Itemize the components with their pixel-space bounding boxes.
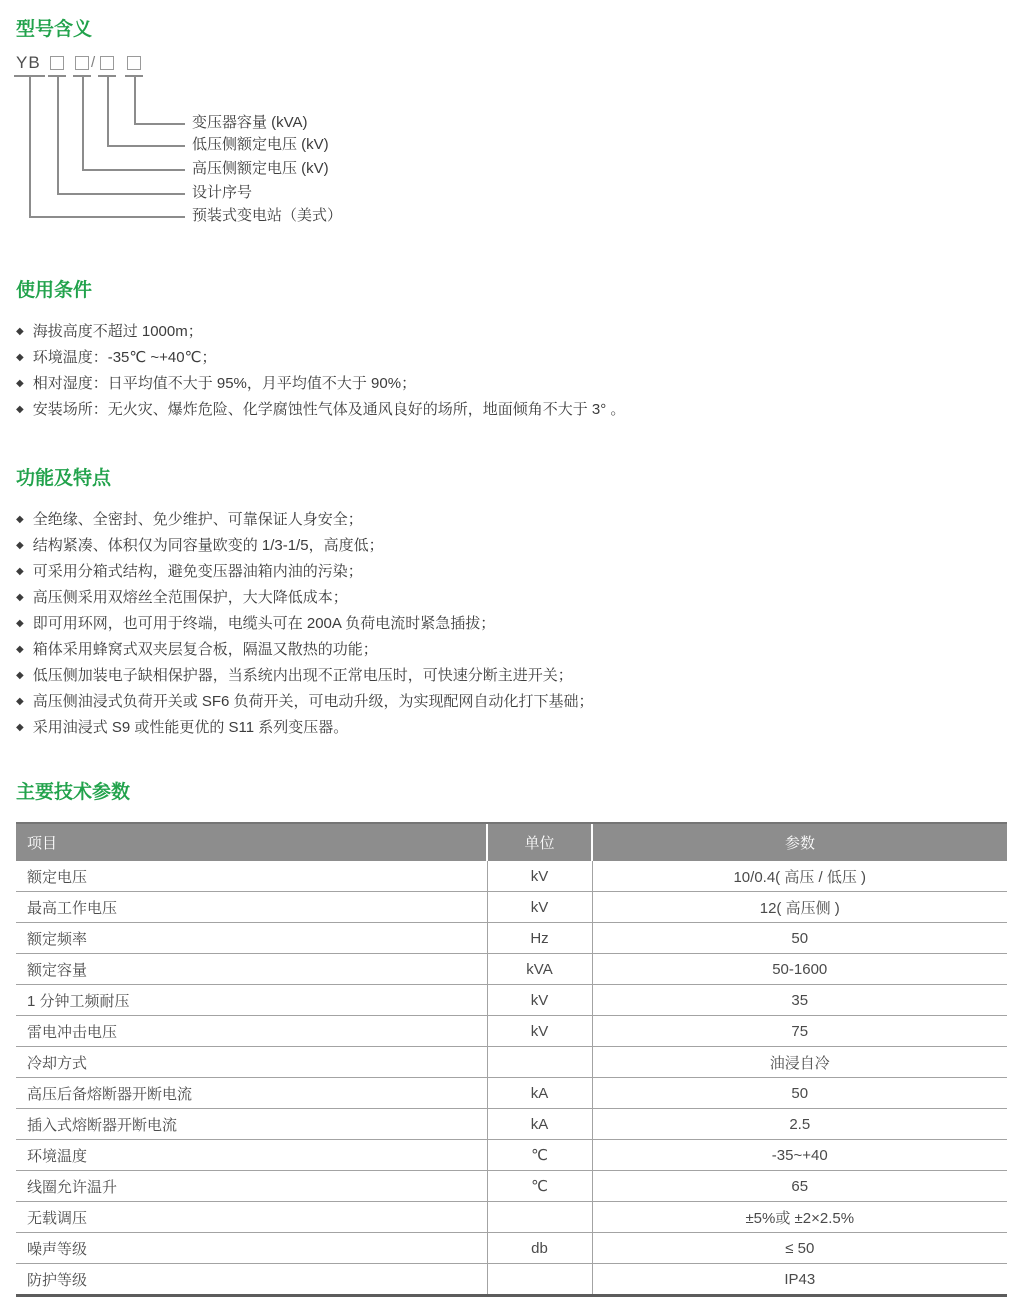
column-header-item: 项目 (16, 823, 487, 861)
table-header-row: 项目 单位 参数 (16, 823, 1007, 861)
connector-line (134, 77, 136, 123)
param-value: 油浸自冷 (592, 1047, 1007, 1078)
param-name: 防护等级 (16, 1264, 487, 1296)
model-code-diagram: YB / 变压器容量 (kVA) 低压侧额定电压 (kV) 高压侧额定电压 (k… (16, 54, 1008, 236)
column-header-unit: 单位 (487, 823, 592, 861)
list-item: ◆ 高压侧采用双熔丝全范围保护，大大降低成本； (16, 585, 1008, 611)
param-value: 65 (592, 1171, 1007, 1202)
bullet-text: 结构紧凑、体积仅为同容量欧变的 1/3-1/5，高度低； (33, 533, 384, 559)
list-item: ◆ 可采用分箱式结构，避免变压器油箱内油的污染； (16, 559, 1008, 585)
column-header-value: 参数 (592, 823, 1007, 861)
bullet-text: 海拔高度不超过 1000m； (33, 319, 203, 345)
table-row: 插入式熔断器开断电流 kA 2.5 (16, 1109, 1007, 1140)
features-list: ◆ 全绝缘、全密封、免少维护、可靠保证人身安全； ◆ 结构紧凑、体积仅为同容量欧… (16, 507, 1008, 741)
diamond-bullet-icon: ◆ (16, 715, 24, 741)
connector-line (107, 77, 109, 145)
list-item: ◆ 环境温度：-35℃ ~+40℃； (16, 345, 1008, 371)
param-unit: kV (487, 892, 592, 923)
diamond-bullet-icon: ◆ (16, 611, 24, 637)
diamond-bullet-icon: ◆ (16, 319, 24, 345)
technical-parameters-section: 主要技术参数 项目 单位 参数 额定电压 kV 10/0.4( 高压 / 低压 … (16, 781, 1008, 1297)
bullet-text: 全绝缘、全密封、免少维护、可靠保证人身安全； (33, 507, 363, 533)
connector-line (57, 77, 59, 193)
table-row: 环境温度 ℃ -35~+40 (16, 1140, 1007, 1171)
bullet-text: 箱体采用蜂窝式双夹层复合板，隔温又散热的功能； (33, 637, 378, 663)
param-value: IP43 (592, 1264, 1007, 1296)
param-value: 12( 高压侧 ) (592, 892, 1007, 923)
param-name: 额定电压 (16, 861, 487, 892)
table-row: 线圈允许温升 ℃ 65 (16, 1171, 1007, 1202)
diamond-bullet-icon: ◆ (16, 371, 24, 397)
model-code-box-4 (127, 56, 141, 70)
parameters-table: 项目 单位 参数 额定电压 kV 10/0.4( 高压 / 低压 ) 最高工作电… (16, 822, 1007, 1297)
usage-conditions-title: 使用条件 (16, 279, 1008, 303)
connector-line (82, 169, 185, 171)
list-item: ◆ 箱体采用蜂窝式双夹层复合板，隔温又散热的功能； (16, 637, 1008, 663)
model-label-lv-voltage: 低压侧额定电压 (kV) (192, 135, 329, 155)
table-row: 额定容量 kVA 50-1600 (16, 954, 1007, 985)
diamond-bullet-icon: ◆ (16, 637, 24, 663)
model-label-hv-voltage: 高压侧额定电压 (kV) (192, 159, 329, 179)
param-unit: db (487, 1233, 592, 1264)
param-name: 1 分钟工频耐压 (16, 985, 487, 1016)
connector-line (57, 193, 185, 195)
diamond-bullet-icon: ◆ (16, 345, 24, 371)
param-name: 噪声等级 (16, 1233, 487, 1264)
param-value: 50 (592, 1078, 1007, 1109)
connector-line (107, 145, 185, 147)
features-section: 功能及特点 ◆ 全绝缘、全密封、免少维护、可靠保证人身安全； ◆ 结构紧凑、体积… (16, 467, 1008, 741)
usage-conditions-section: 使用条件 ◆ 海拔高度不超过 1000m； ◆ 环境温度：-35℃ ~+40℃；… (16, 279, 1008, 423)
param-name: 环境温度 (16, 1140, 487, 1171)
table-row: 1 分钟工频耐压 kV 35 (16, 985, 1007, 1016)
param-value: -35~+40 (592, 1140, 1007, 1171)
table-row: 最高工作电压 kV 12( 高压侧 ) (16, 892, 1007, 923)
diamond-bullet-icon: ◆ (16, 663, 24, 689)
table-row: 冷却方式 油浸自冷 (16, 1047, 1007, 1078)
list-item: ◆ 安装场所：无火灾、爆炸危险、化学腐蚀性气体及通风良好的场所，地面倾角不大于 … (16, 397, 1008, 423)
bullet-text: 低压侧加装电子缺相保护器，当系统内出现不正常电压时，可快速分断主进开关； (33, 663, 573, 689)
model-code-separator: / (91, 54, 95, 71)
diamond-bullet-icon: ◆ (16, 397, 24, 423)
list-item: ◆ 相对湿度：日平均值不大于 95%，月平均值不大于 90%； (16, 371, 1008, 397)
param-unit: kV (487, 1016, 592, 1047)
model-code-prefix: YB (16, 54, 41, 71)
usage-conditions-list: ◆ 海拔高度不超过 1000m； ◆ 环境温度：-35℃ ~+40℃； ◆ 相对… (16, 319, 1008, 423)
table-row: 无载调压 ±5%或 ±2×2.5% (16, 1202, 1007, 1233)
datasheet-page: 型号含义 YB / 变压器容量 (kVA) 低压侧额定电压 (kV) 高压侧额定… (0, 0, 1024, 1297)
list-item: ◆ 全绝缘、全密封、免少维护、可靠保证人身安全； (16, 507, 1008, 533)
table-row: 噪声等级 db ≤ 50 (16, 1233, 1007, 1264)
param-value: 50 (592, 923, 1007, 954)
table-row: 额定电压 kV 10/0.4( 高压 / 低压 ) (16, 861, 1007, 892)
list-item: ◆ 结构紧凑、体积仅为同容量欧变的 1/3-1/5，高度低； (16, 533, 1008, 559)
bullet-text: 高压侧油浸式负荷开关或 SF6 负荷开关，可电动升级，为实现配网自动化打下基础； (33, 689, 594, 715)
model-meaning-title: 型号含义 (16, 18, 1008, 42)
param-value: 75 (592, 1016, 1007, 1047)
diamond-bullet-icon: ◆ (16, 533, 24, 559)
diamond-bullet-icon: ◆ (16, 507, 24, 533)
bullet-text: 采用油浸式 S9 或性能更优的 S11 系列变压器。 (33, 715, 349, 741)
model-code-box-1 (50, 56, 64, 70)
features-title: 功能及特点 (16, 467, 1008, 491)
table-row: 额定频率 Hz 50 (16, 923, 1007, 954)
model-label-capacity: 变压器容量 (kVA) (192, 113, 308, 133)
bullet-text: 安装场所：无火灾、爆炸危险、化学腐蚀性气体及通风良好的场所，地面倾角不大于 3°… (33, 397, 626, 423)
table-row: 高压后备熔断器开断电流 kA 50 (16, 1078, 1007, 1109)
param-value: 35 (592, 985, 1007, 1016)
param-unit: ℃ (487, 1171, 592, 1202)
table-row: 防护等级 IP43 (16, 1264, 1007, 1296)
bullet-text: 可采用分箱式结构，避免变压器油箱内油的污染； (33, 559, 363, 585)
model-code-box-3 (100, 56, 114, 70)
param-value: ≤ 50 (592, 1233, 1007, 1264)
diamond-bullet-icon: ◆ (16, 689, 24, 715)
param-unit: ℃ (487, 1140, 592, 1171)
list-item: ◆ 低压侧加装电子缺相保护器，当系统内出现不正常电压时，可快速分断主进开关； (16, 663, 1008, 689)
param-unit: kV (487, 861, 592, 892)
param-name: 插入式熔断器开断电流 (16, 1109, 487, 1140)
connector-line (82, 77, 84, 169)
list-item: ◆ 采用油浸式 S9 或性能更优的 S11 系列变压器。 (16, 715, 1008, 741)
param-unit: kA (487, 1109, 592, 1140)
param-value: 50-1600 (592, 954, 1007, 985)
table-row: 雷电冲击电压 kV 75 (16, 1016, 1007, 1047)
param-name: 线圈允许温升 (16, 1171, 487, 1202)
bullet-text: 相对湿度：日平均值不大于 95%，月平均值不大于 90%； (33, 371, 416, 397)
param-value: 10/0.4( 高压 / 低压 ) (592, 861, 1007, 892)
param-name: 无载调压 (16, 1202, 487, 1233)
bullet-text: 环境温度：-35℃ ~+40℃； (33, 345, 217, 371)
param-name: 冷却方式 (16, 1047, 487, 1078)
bullet-text: 即可用环网，也可用于终端，电缆头可在 200A 负荷电流时紧急插拔； (33, 611, 496, 637)
param-name: 雷电冲击电压 (16, 1016, 487, 1047)
param-unit: kVA (487, 954, 592, 985)
param-name: 高压后备熔断器开断电流 (16, 1078, 487, 1109)
technical-parameters-title: 主要技术参数 (16, 781, 1008, 805)
connector-line (29, 77, 31, 216)
diamond-bullet-icon: ◆ (16, 559, 24, 585)
model-label-design-serial: 设计序号 (192, 183, 252, 203)
model-label-station-type: 预装式变电站（美式） (192, 206, 342, 226)
param-unit: kV (487, 985, 592, 1016)
param-value: 2.5 (592, 1109, 1007, 1140)
param-unit: kA (487, 1078, 592, 1109)
connector-line (134, 123, 185, 125)
param-unit (487, 1047, 592, 1078)
param-name: 最高工作电压 (16, 892, 487, 923)
connector-line (29, 216, 185, 218)
diamond-bullet-icon: ◆ (16, 585, 24, 611)
param-unit (487, 1264, 592, 1296)
list-item: ◆ 海拔高度不超过 1000m； (16, 319, 1008, 345)
param-name: 额定容量 (16, 954, 487, 985)
param-unit (487, 1202, 592, 1233)
param-name: 额定频率 (16, 923, 487, 954)
model-code-box-2 (75, 56, 89, 70)
list-item: ◆ 高压侧油浸式负荷开关或 SF6 负荷开关，可电动升级，为实现配网自动化打下基… (16, 689, 1008, 715)
param-unit: Hz (487, 923, 592, 954)
bullet-text: 高压侧采用双熔丝全范围保护，大大降低成本； (33, 585, 348, 611)
param-value: ±5%或 ±2×2.5% (592, 1202, 1007, 1233)
list-item: ◆ 即可用环网，也可用于终端，电缆头可在 200A 负荷电流时紧急插拔； (16, 611, 1008, 637)
